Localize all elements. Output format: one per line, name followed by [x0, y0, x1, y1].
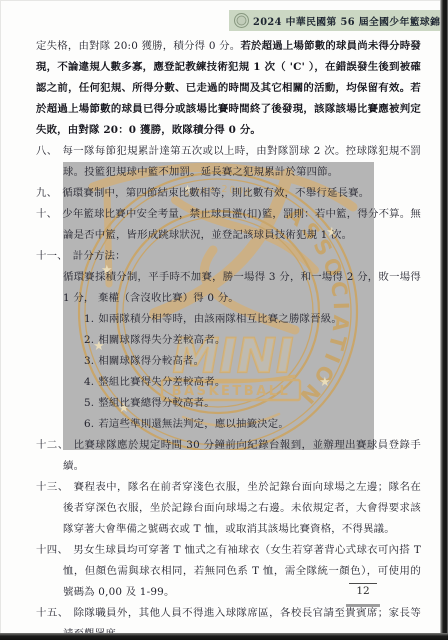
tiebreak-item-6: 6.若這些準則還無法判定，應以抽籤決定。 [36, 414, 421, 435]
page-edge-bottom [0, 633, 448, 640]
sub-rule-number: 4. [84, 376, 94, 388]
sub-rule-text: 相關球隊得失分差較高者。 [98, 334, 225, 346]
sub-rule-number: 2. [84, 334, 94, 346]
rule-text: 計分方法： [73, 250, 126, 262]
scoring-description: 循環賽採積分制，平手時不加賽，勝一場得 3 分，和一場得 2 分，敗一場得 1 … [36, 267, 421, 309]
sub-rule-number: 5. [84, 397, 94, 409]
header-banner: 2024 中華民國第 56 屆全國少年籃球錦標賽 [229, 10, 440, 31]
rule-text: 賽程表中，隊名在前者穿淺色衣服，坐於記錄台面向球場之左邊；隊名在後者穿深色衣服，… [63, 481, 421, 535]
tournament-title: 2024 中華民國第 56 屆全國少年籃球錦標賽 [253, 14, 448, 28]
sub-rule-text: 如兩隊積分相等時，由該兩隊相互比賽之勝隊晉級。 [98, 313, 342, 325]
rule-text: 比賽球隊應於規定時間 30 分鐘前向紀錄台報到，並辦理出賽球員登錄手續。 [63, 439, 421, 472]
intro-paragraph: 定失格，由對隊 20:0 獲勝，積分得 0 分。若於超過上場節數的球員尚未得分時… [36, 36, 421, 141]
rule-item-8: 八、每一隊每節犯規累計達第五次或以上時，由對隊罰球 2 次。控球隊犯規不罰球。投… [36, 141, 421, 183]
sub-rule-text: 整組比賽得失分差較高者。 [98, 376, 225, 388]
rule-text: 少年籃球比賽中安全考量，禁止球員灌(扣)籃，罰則：若中籃，得分不算。無論是否中籃… [62, 208, 421, 241]
intro-normal-text: 定失格，由對隊 20:0 獲勝，積分得 0 分。 [36, 40, 240, 52]
tiebreak-item-5: 5.整組比賽總得分較高者。 [36, 393, 421, 414]
tiebreak-item-1: 1.如兩隊積分相等時，由該兩隊相互比賽之勝隊晉級。 [36, 309, 421, 330]
tiebreak-item-4: 4.整組比賽得失分差較高者。 [36, 372, 421, 393]
rule-number: 八、 [36, 145, 58, 157]
rule-item-10: 十、少年籃球比賽中安全考量，禁止球員灌(扣)籃，罰則：若中籃，得分不算。無論是否… [36, 204, 421, 246]
tiebreak-item-3: 3.相關球隊得分較高者。 [36, 351, 421, 372]
page-edge-right [440, 0, 448, 640]
rule-number: 十二、 [36, 439, 69, 451]
page-number: 12 [349, 583, 377, 597]
rule-number: 十一、 [36, 250, 68, 262]
rule-text: 循環賽制中，第四節結束比數相等，則比數有效，不舉行延長賽。 [62, 187, 369, 199]
sub-rule-text: 整組比賽總得分較高者。 [98, 397, 215, 409]
sub-rule-text: 若這些準則還無法判定，應以抽籤決定。 [98, 418, 289, 430]
intro-bold-text: 若於超過上場節數的球員尚未得分時發現，不論違規人數多寡，應登記教練技術犯規 1 … [36, 40, 421, 136]
rule-number: 九、 [36, 187, 57, 199]
rule-number: 十五、 [36, 607, 69, 619]
sub-rule-text: 相關球隊得分較高者。 [98, 355, 204, 367]
sub-rule-number: 1. [84, 313, 94, 325]
rule-number: 十、 [36, 208, 57, 220]
rule-number: 十四、 [36, 544, 68, 556]
rule-item-12: 十二、比賽球隊應於規定時間 30 分鐘前向紀錄台報到，並辦理出賽球員登錄手續。 [36, 435, 421, 477]
rule-number: 十三、 [36, 481, 69, 493]
sub-rule-number: 3. [84, 355, 94, 367]
rule-item-11: 十一、計分方法： 循環賽採積分制，平手時不加賽，勝一場得 3 分，和一場得 2 … [36, 246, 421, 435]
page-number-underline [346, 604, 380, 607]
tournament-seal-icon [234, 13, 249, 28]
rule-text: 每一隊每節犯規累計達第五次或以上時，由對隊罰球 2 次。控球隊犯規不罰球。投籃犯… [63, 145, 421, 178]
rules-text-area: 定失格，由對隊 20:0 獲勝，積分得 0 分。若於超過上場節數的球員尚未得分時… [36, 36, 421, 640]
rule-item-9: 九、循環賽制中，第四節結束比數相等，則比數有效，不舉行延長賽。 [36, 183, 421, 204]
document-page: 2024 中華民國第 56 屆全國少年籃球錦標賽 [0, 0, 448, 640]
tiebreak-item-2: 2.相關球隊得失分差較高者。 [36, 330, 421, 351]
rule-item-13: 十三、賽程表中，隊名在前者穿淺色衣服，坐於記錄台面向球場之左邊；隊名在後者穿深色… [36, 477, 421, 540]
sub-rule-number: 6. [84, 418, 94, 430]
